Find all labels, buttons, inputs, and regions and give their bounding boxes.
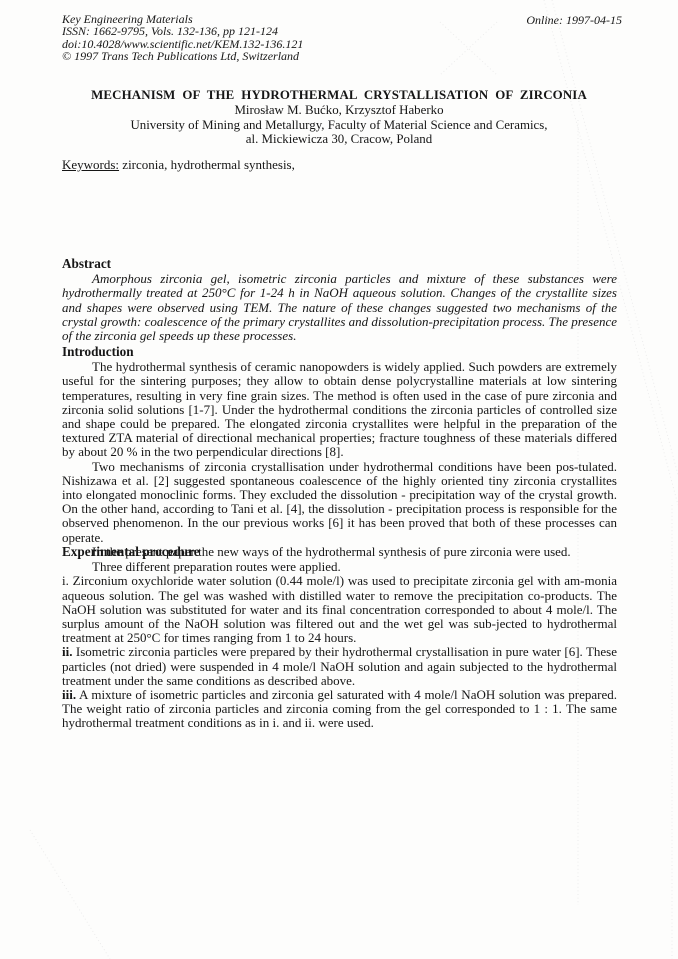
paper-title: MECHANISM OF THE HYDROTHERMAL CRYSTALLIS… (40, 88, 638, 102)
online-date: Online: 1997-04-15 (526, 13, 622, 28)
procedure-text-i: Zirconium oxychloride water solution (0.… (62, 573, 617, 645)
abstract-section: Abstract Amorphous zirconia gel, isometr… (62, 257, 617, 343)
procedure-marker-iii: iii. (62, 687, 76, 702)
copyright-line: © 1997 Trans Tech Publications Ltd, Swit… (62, 50, 303, 62)
experimental-intro-line: Three different preparation routes were … (62, 560, 617, 574)
procedure-item-ii: ii. Isometric zirconia particles were pr… (62, 645, 617, 688)
introduction-heading: Introduction (62, 345, 617, 359)
procedure-marker-ii: ii. (62, 644, 72, 659)
affiliation: University of Mining and Metallurgy, Fac… (40, 118, 638, 132)
title-block: MECHANISM OF THE HYDROTHERMAL CRYSTALLIS… (40, 88, 638, 147)
keywords-text: zirconia, hydrothermal synthesis, (119, 157, 295, 172)
authors: Mirosław M. Bućko, Krzysztof Haberko (40, 103, 638, 117)
address: al. Mickiewicza 30, Cracow, Poland (40, 132, 638, 146)
procedure-text-iii: A mixture of isometric particles and zir… (62, 687, 617, 730)
header-citation-block: Key Engineering Materials ISSN: 1662-979… (62, 13, 303, 62)
experimental-heading: Experimental procedure (62, 545, 617, 559)
abstract-text: Amorphous zirconia gel, isometric zircon… (62, 272, 617, 343)
procedure-item-iii: iii. A mixture of isometric particles an… (62, 688, 617, 731)
keywords-label: Keywords: (62, 157, 119, 172)
introduction-section: Introduction The hydrothermal synthesis … (62, 345, 617, 559)
introduction-paragraph-2: Two mechanisms of zirconia crystallisati… (62, 460, 617, 545)
procedure-marker-i: i. (62, 573, 69, 588)
introduction-paragraph-1: The hydrothermal synthesis of ceramic na… (62, 360, 617, 459)
abstract-heading: Abstract (62, 257, 617, 271)
procedure-text-ii: Isometric zirconia particles were prepar… (62, 644, 617, 687)
experimental-section: Experimental procedure Three different p… (62, 545, 617, 731)
procedure-item-i: i. Zirconium oxychloride water solution … (62, 574, 617, 645)
issn-line: ISSN: 1662-9795, Vols. 132-136, pp 121-1… (62, 25, 303, 37)
keywords-line: Keywords: zirconia, hydrothermal synthes… (62, 157, 295, 173)
paper-page: Key Engineering Materials ISSN: 1662-979… (0, 0, 678, 959)
